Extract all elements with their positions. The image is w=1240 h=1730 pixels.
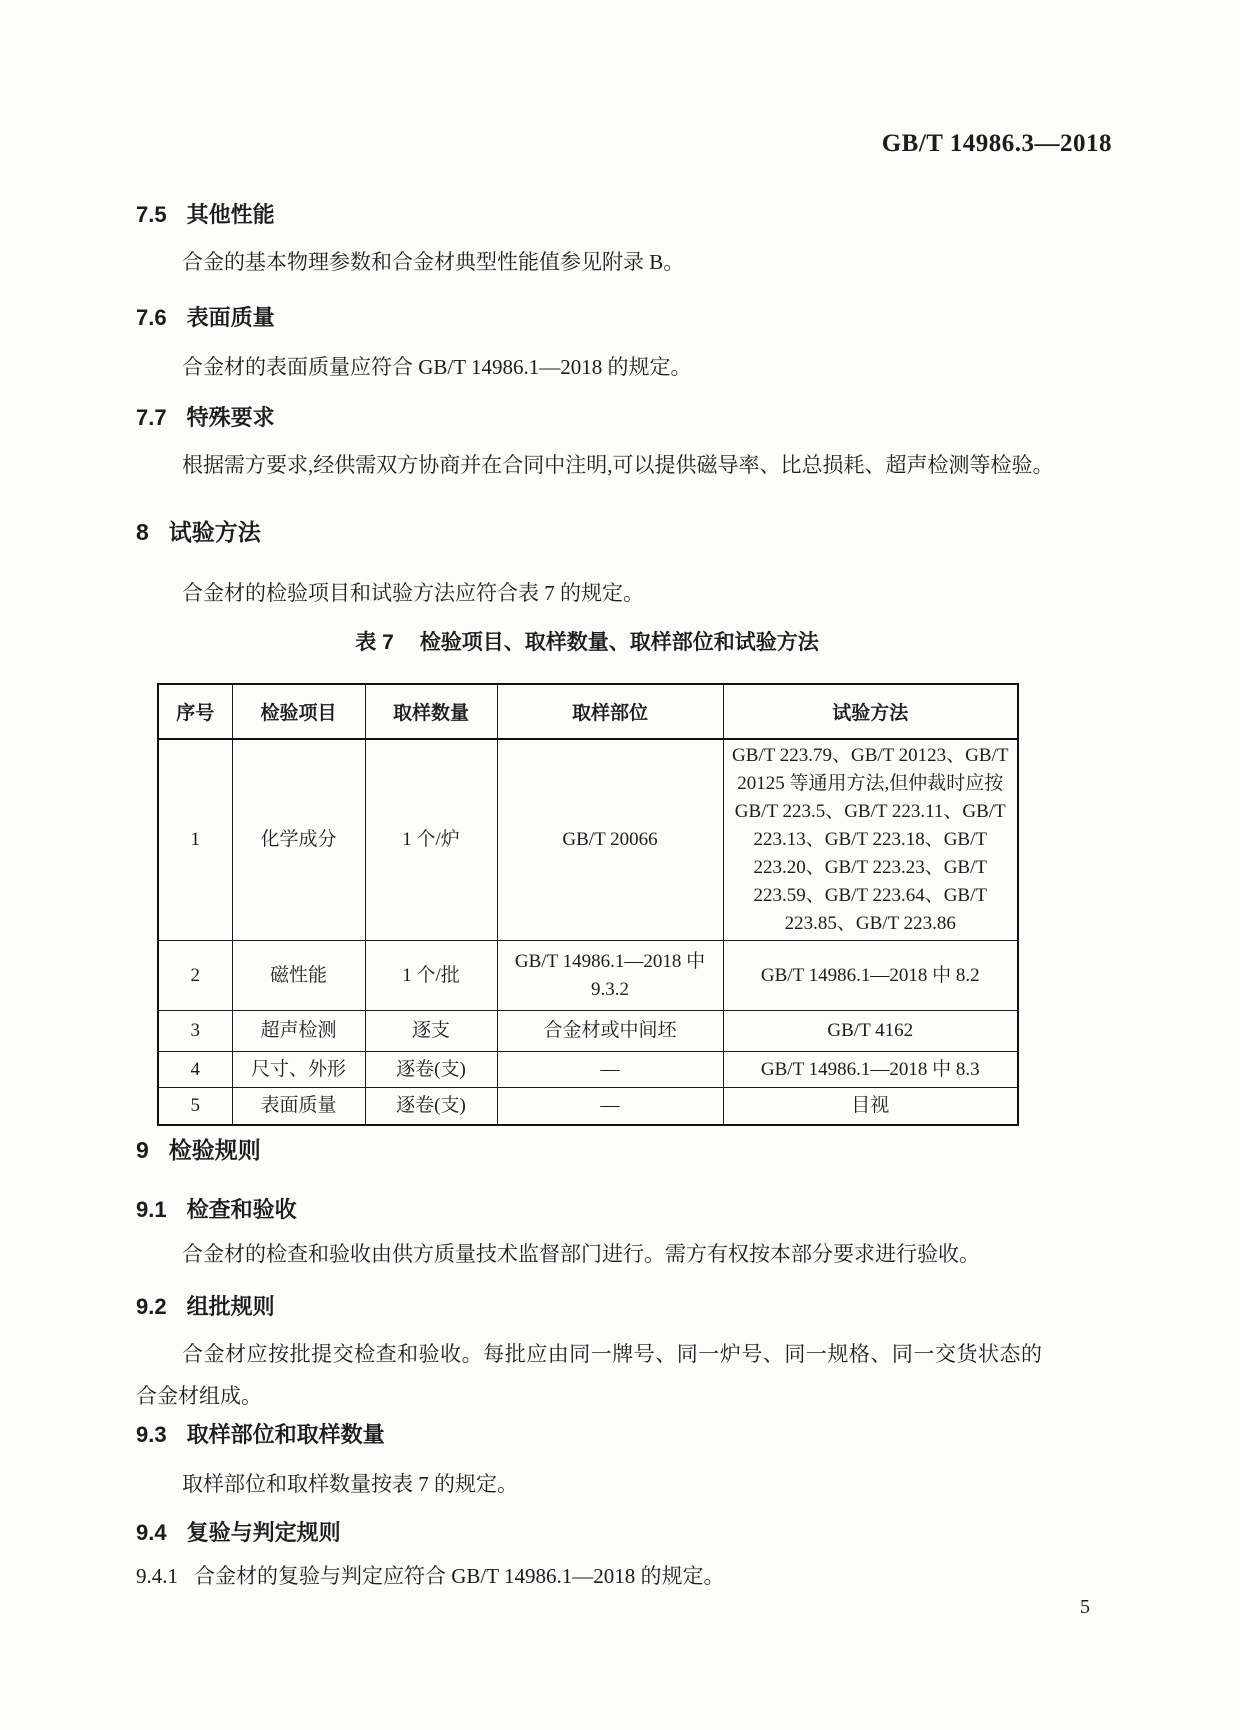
section-heading-7-7: 7.7特殊要求 xyxy=(136,401,275,432)
table-row: 1 化学成分 1 个/炉 GB/T 20066 GB/T 223.79、GB/T… xyxy=(158,739,1018,941)
section-title: 组批规则 xyxy=(187,1294,275,1319)
table-row: 2 磁性能 1 个/批 GB/T 14986.1—2018 中 9.3.2 GB… xyxy=(158,941,1018,1011)
table-caption: 表 7检验项目、取样数量、取样部位和试验方法 xyxy=(157,626,1017,656)
chapter-number: 8 xyxy=(136,519,149,546)
section-body-7-5: 合金的基本物理参数和合金材典型性能值参见附录 B。 xyxy=(182,247,684,277)
chapter-number: 9 xyxy=(136,1137,149,1164)
section-number: 9.2 xyxy=(136,1294,167,1320)
section-heading-9-1: 9.1检查和验收 xyxy=(136,1193,297,1224)
section-title: 表面质量 xyxy=(187,305,275,330)
table-row: 4 尺寸、外形 逐卷(支) — GB/T 14986.1—2018 中 8.3 xyxy=(158,1052,1018,1088)
cell-location: — xyxy=(497,1088,723,1125)
cell-method: GB/T 14986.1—2018 中 8.2 xyxy=(723,941,1018,1011)
section-title: 取样部位和取样数量 xyxy=(187,1422,385,1447)
section-heading-7-5: 7.5其他性能 xyxy=(136,198,275,229)
clause-body: 合金材的复验与判定应符合 GB/T 14986.1—2018 的规定。 xyxy=(194,1564,724,1588)
page-number: 5 xyxy=(1080,1596,1090,1619)
cell-location: — xyxy=(497,1052,723,1088)
cell-method: 目视 xyxy=(723,1088,1018,1125)
cell-item: 化学成分 xyxy=(232,739,365,941)
cell-quantity: 1 个/批 xyxy=(365,941,497,1011)
table-header-row: 序号 检验项目 取样数量 取样部位 试验方法 xyxy=(158,684,1018,739)
table-caption-title: 检验项目、取样数量、取样部位和试验方法 xyxy=(420,631,819,654)
section-body-8: 合金材的检验项目和试验方法应符合表 7 的规定。 xyxy=(182,578,644,608)
table-row: 3 超声检测 逐支 合金材或中间坯 GB/T 4162 xyxy=(158,1011,1018,1052)
cell-item: 磁性能 xyxy=(232,941,365,1011)
cell-quantity: 逐卷(支) xyxy=(365,1088,497,1125)
section-number: 9.4 xyxy=(136,1520,167,1546)
cell-quantity: 逐卷(支) xyxy=(365,1052,497,1088)
cell-item: 超声检测 xyxy=(232,1011,365,1052)
section-number: 9.3 xyxy=(136,1422,167,1448)
section-body-7-7: 根据需方要求,经供需双方协商并在合同中注明,可以提供磁导率、比总损耗、超声检测等… xyxy=(182,450,1054,480)
section-title: 特殊要求 xyxy=(187,405,275,430)
section-heading-9-2: 9.2组批规则 xyxy=(136,1290,275,1321)
column-header-seq: 序号 xyxy=(158,684,232,739)
section-number: 7.5 xyxy=(136,202,167,228)
section-title: 复验与判定规则 xyxy=(187,1520,341,1545)
cell-seq: 1 xyxy=(158,739,232,941)
section-title: 其他性能 xyxy=(187,202,275,227)
cell-location: 合金材或中间坯 xyxy=(497,1011,723,1052)
clause-9-4-1: 9.4.1合金材的复验与判定应符合 GB/T 14986.1—2018 的规定。 xyxy=(136,1561,724,1591)
cell-seq: 5 xyxy=(158,1088,232,1125)
column-header-quantity: 取样数量 xyxy=(365,684,497,739)
chapter-title: 检验规则 xyxy=(169,1137,261,1163)
chapter-heading-9: 9检验规则 xyxy=(136,1132,261,1165)
cell-seq: 3 xyxy=(158,1011,232,1052)
section-body-9-2: 合金材应按批提交检查和验收。每批应由同一牌号、同一炉号、同一规格、同一交货状态的… xyxy=(136,1333,1042,1417)
column-header-method: 试验方法 xyxy=(723,684,1018,739)
chapter-title: 试验方法 xyxy=(169,519,261,545)
section-title: 检查和验收 xyxy=(187,1197,297,1222)
section-heading-9-4: 9.4复验与判定规则 xyxy=(136,1516,341,1547)
section-number: 7.7 xyxy=(136,405,167,431)
table-caption-label: 表 7 xyxy=(355,631,394,654)
chapter-heading-8: 8试验方法 xyxy=(136,514,261,547)
cell-method: GB/T 223.79、GB/T 20123、GB/T 20125 等通用方法,… xyxy=(723,739,1018,941)
clause-number: 9.4.1 xyxy=(136,1561,178,1591)
table-7: 序号 检验项目 取样数量 取样部位 试验方法 1 化学成分 1 个/炉 GB/T… xyxy=(157,683,1019,1126)
section-body-9-3: 取样部位和取样数量按表 7 的规定。 xyxy=(182,1469,518,1499)
section-heading-7-6: 7.6表面质量 xyxy=(136,301,275,332)
column-header-location: 取样部位 xyxy=(497,684,723,739)
cell-seq: 4 xyxy=(158,1052,232,1088)
cell-method: GB/T 4162 xyxy=(723,1011,1018,1052)
section-number: 7.6 xyxy=(136,305,167,331)
cell-quantity: 1 个/炉 xyxy=(365,739,497,941)
cell-quantity: 逐支 xyxy=(365,1011,497,1052)
cell-item: 尺寸、外形 xyxy=(232,1052,365,1088)
cell-location: GB/T 20066 xyxy=(497,739,723,941)
cell-method: GB/T 14986.1—2018 中 8.3 xyxy=(723,1052,1018,1088)
section-number: 9.1 xyxy=(136,1197,167,1223)
section-body-9-1: 合金材的检查和验收由供方质量技术监督部门进行。需方有权按本部分要求进行验收。 xyxy=(182,1239,980,1269)
section-heading-9-3: 9.3取样部位和取样数量 xyxy=(136,1418,385,1449)
document-page: GB/T 14986.3—2018 7.5其他性能 合金的基本物理参数和合金材典… xyxy=(0,0,1240,1730)
section-body-7-6: 合金材的表面质量应符合 GB/T 14986.1—2018 的规定。 xyxy=(182,352,691,382)
table-row: 5 表面质量 逐卷(支) — 目视 xyxy=(158,1088,1018,1125)
column-header-item: 检验项目 xyxy=(232,684,365,739)
cell-seq: 2 xyxy=(158,941,232,1011)
doc-number: GB/T 14986.3—2018 xyxy=(882,130,1112,158)
cell-location: GB/T 14986.1—2018 中 9.3.2 xyxy=(497,941,723,1011)
cell-item: 表面质量 xyxy=(232,1088,365,1125)
